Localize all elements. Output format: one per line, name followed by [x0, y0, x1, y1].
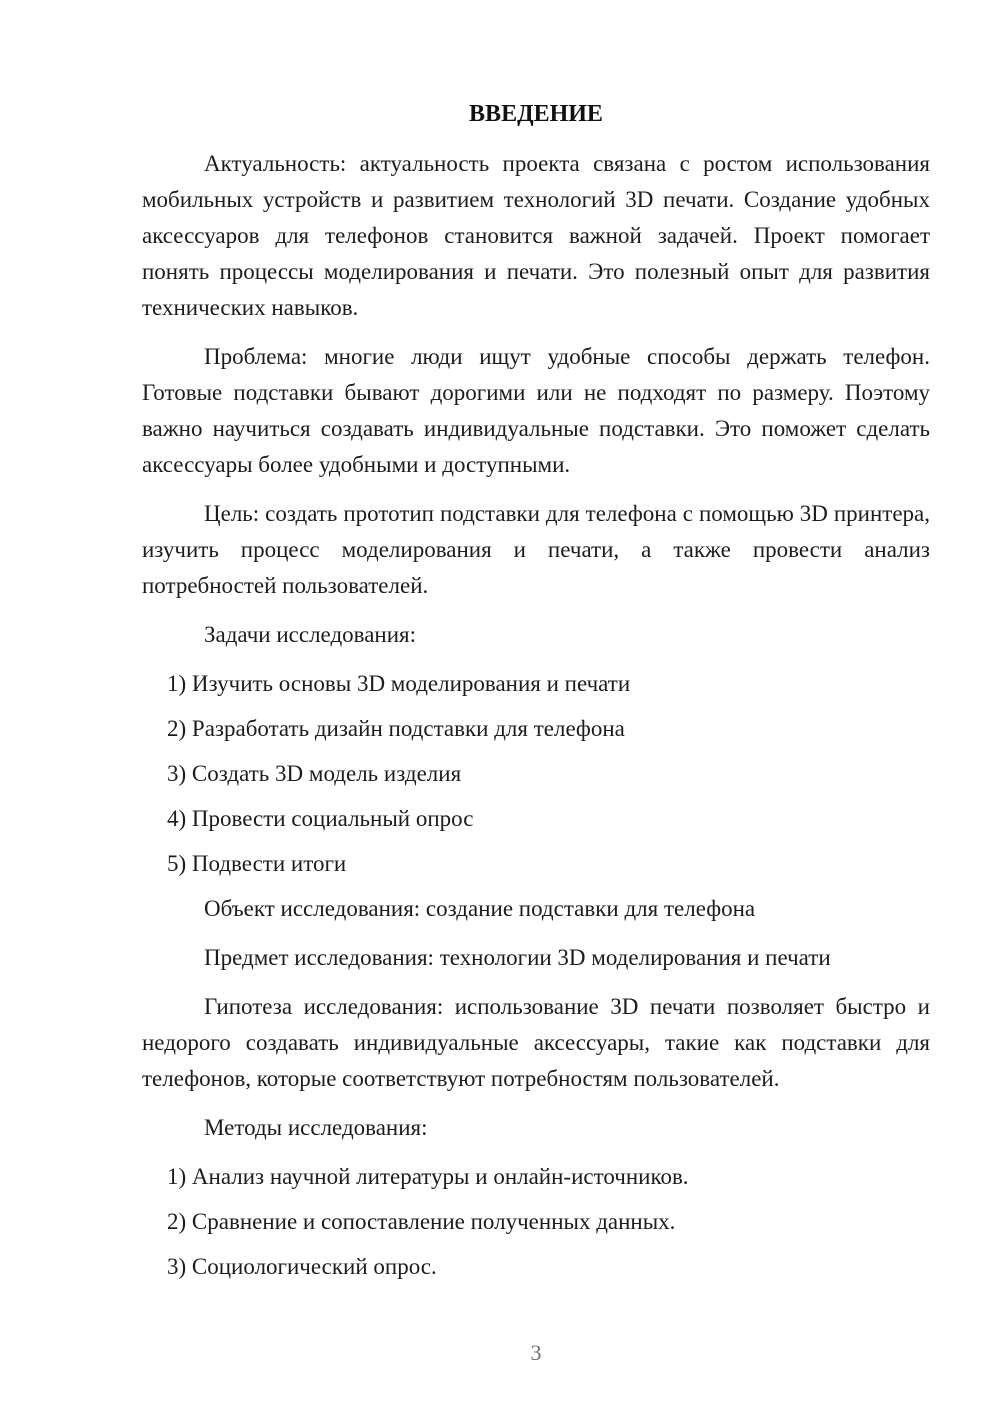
methods-list-item-2: 2) Сравнение и сопоставление полученных … [142, 1204, 930, 1240]
tasks-list-item-1: 1) Изучить основы 3D моделирования и печ… [142, 666, 930, 702]
paragraph-hypothesis: Гипотеза исследования: использование 3D … [142, 989, 930, 1097]
methods-list: 1) Анализ научной литературы и онлайн-ис… [142, 1159, 930, 1285]
paragraph-goal: Цель: создать прототип подставки для тел… [142, 496, 930, 604]
tasks-list-item-2: 2) Разработать дизайн подставки для теле… [142, 711, 930, 747]
paragraph-object: Объект исследования: создание подставки … [142, 891, 930, 927]
document-page: ВВЕДЕНИЕ Актуальность: актуальность прое… [0, 0, 1000, 1414]
methods-list-item-1: 1) Анализ научной литературы и онлайн-ис… [142, 1159, 930, 1195]
methods-list-item-3: 3) Социологический опрос. [142, 1249, 930, 1285]
page-title: ВВЕДЕНИЕ [142, 96, 930, 132]
tasks-heading: Задачи исследования: [142, 617, 930, 653]
paragraph-actuality: Актуальность: актуальность проекта связа… [142, 146, 930, 326]
tasks-list-item-5: 5) Подвести итоги [142, 846, 930, 882]
tasks-list-item-4: 4) Провести социальный опрос [142, 801, 930, 837]
tasks-list: 1) Изучить основы 3D моделирования и печ… [142, 666, 930, 882]
paragraph-subject: Предмет исследования: технологии 3D моде… [142, 940, 930, 976]
paragraph-problem: Проблема: многие люди ищут удобные спосо… [142, 339, 930, 483]
page-number: 3 [142, 1340, 930, 1366]
tasks-list-item-3: 3) Создать 3D модель изделия [142, 756, 930, 792]
methods-heading: Методы исследования: [142, 1110, 930, 1146]
